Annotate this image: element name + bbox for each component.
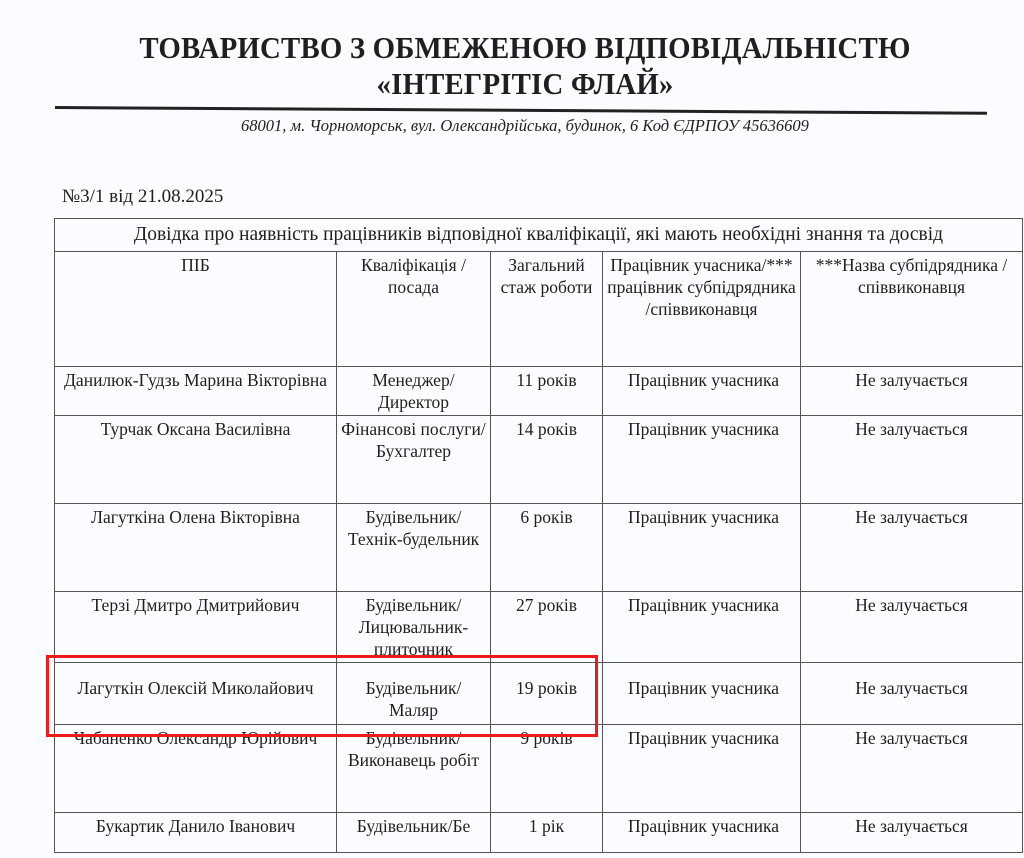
employee-name: Данилюк-Гудзь Марина Вікторівна bbox=[55, 367, 337, 416]
subcontractor-name: Не залучається bbox=[801, 367, 1023, 416]
table-row: Лагуткін Олексій МиколайовичБудівельник/… bbox=[55, 663, 1023, 725]
employee-name: Лагуткіна Олена Вікторівна bbox=[55, 504, 337, 592]
employee-type: Працівник учасника bbox=[603, 813, 801, 853]
employee-type: Працівник учасника bbox=[603, 416, 801, 504]
employee-experience: 27 років bbox=[491, 592, 603, 663]
employee-name: Лагуткін Олексій Миколайович bbox=[55, 663, 337, 725]
employee-position: Будівельник/Бе bbox=[337, 813, 491, 853]
table-row: Турчак Оксана ВасилівнаФінансові послуги… bbox=[55, 416, 1023, 504]
employee-position: Фінансові послуги/Бухгалтер bbox=[337, 416, 491, 504]
column-header-experience: Загальний стаж роботи bbox=[491, 252, 603, 367]
org-name-line1: ТОВАРИСТВО З ОБМЕЖЕНОЮ ВІДПОВІДАЛЬНІСТЮ bbox=[93, 30, 958, 66]
employee-experience: 19 років bbox=[491, 663, 603, 725]
column-header-position: Кваліфікація /посада bbox=[337, 252, 491, 367]
subcontractor-name: Не залучається bbox=[801, 663, 1023, 725]
employee-type: Працівник учасника bbox=[603, 725, 801, 813]
employee-position: Будівельник/ Маляр bbox=[337, 663, 491, 725]
employee-position: Менеджер/Директор bbox=[337, 367, 491, 416]
org-name-line2: «ІНТЕГРІТІС ФЛАЙ» bbox=[93, 66, 958, 102]
employee-type: Працівник учасника bbox=[603, 367, 801, 416]
table-row: Букартик Данило ІвановичБудівельник/Бе1 … bbox=[55, 813, 1023, 853]
document-number: №3/1 від 21.08.2025 bbox=[62, 186, 223, 208]
employee-type: Працівник учасника bbox=[603, 504, 801, 592]
organization-title: ТОВАРИСТВО З ОБМЕЖЕНОЮ ВІДПОВІДАЛЬНІСТЮ … bbox=[93, 30, 958, 102]
column-header-subcontractor: ***Назва субпідрядника / співвиконавця bbox=[801, 252, 1023, 367]
subcontractor-name: Не залучається bbox=[801, 504, 1023, 592]
column-header-employee-type: Працівник учасника/*** працівник субпідр… bbox=[603, 252, 801, 367]
subcontractor-name: Не залучається bbox=[801, 813, 1023, 853]
employee-experience: 9 років bbox=[491, 725, 603, 813]
subcontractor-name: Не залучається bbox=[801, 725, 1023, 813]
table-row: Терзі Дмитро ДмитрийовичБудівельник/ Лиц… bbox=[55, 592, 1023, 663]
employee-experience: 6 років bbox=[491, 504, 603, 592]
employee-position: Будівельник/ Лицювальник-плиточник bbox=[337, 592, 491, 663]
employee-position: Будівельник/ Технік-будельник bbox=[337, 504, 491, 592]
subcontractor-name: Не залучається bbox=[801, 416, 1023, 504]
subcontractor-name: Не залучається bbox=[801, 592, 1023, 663]
employee-name: Турчак Оксана Василівна bbox=[55, 416, 337, 504]
employee-position: Будівельник/ Виконавець робіт bbox=[337, 725, 491, 813]
table-row: Чабаненко Олександр ЮрійовичБудівельник/… bbox=[55, 725, 1023, 813]
employee-type: Працівник учасника bbox=[603, 592, 801, 663]
column-header-name: ПІБ bbox=[55, 252, 337, 367]
staff-table: Довідка про наявність працівників відпов… bbox=[54, 218, 1023, 853]
employee-name: Букартик Данило Іванович bbox=[55, 813, 337, 853]
table-row: Лагуткіна Олена ВікторівнаБудівельник/ Т… bbox=[55, 504, 1023, 592]
org-address: 68001, м. Чорноморськ, вул. Олександрійс… bbox=[60, 116, 990, 136]
header-divider bbox=[55, 106, 987, 115]
table-header-row: ПІБ Кваліфікація /посада Загальний стаж … bbox=[55, 252, 1023, 367]
employee-type: Працівник учасника bbox=[603, 663, 801, 725]
employee-experience: 1 рік bbox=[491, 813, 603, 853]
table-row: Данилюк-Гудзь Марина ВікторівнаМенеджер/… bbox=[55, 367, 1023, 416]
employee-experience: 11 років bbox=[491, 367, 603, 416]
employee-experience: 14 років bbox=[491, 416, 603, 504]
employee-name: Чабаненко Олександр Юрійович bbox=[55, 725, 337, 813]
employee-name: Терзі Дмитро Дмитрийович bbox=[55, 592, 337, 663]
table-caption: Довідка про наявність працівників відпов… bbox=[55, 219, 1023, 252]
document-page: ТОВАРИСТВО З ОБМЕЖЕНОЮ ВІДПОВІДАЛЬНІСТЮ … bbox=[0, 0, 1024, 858]
